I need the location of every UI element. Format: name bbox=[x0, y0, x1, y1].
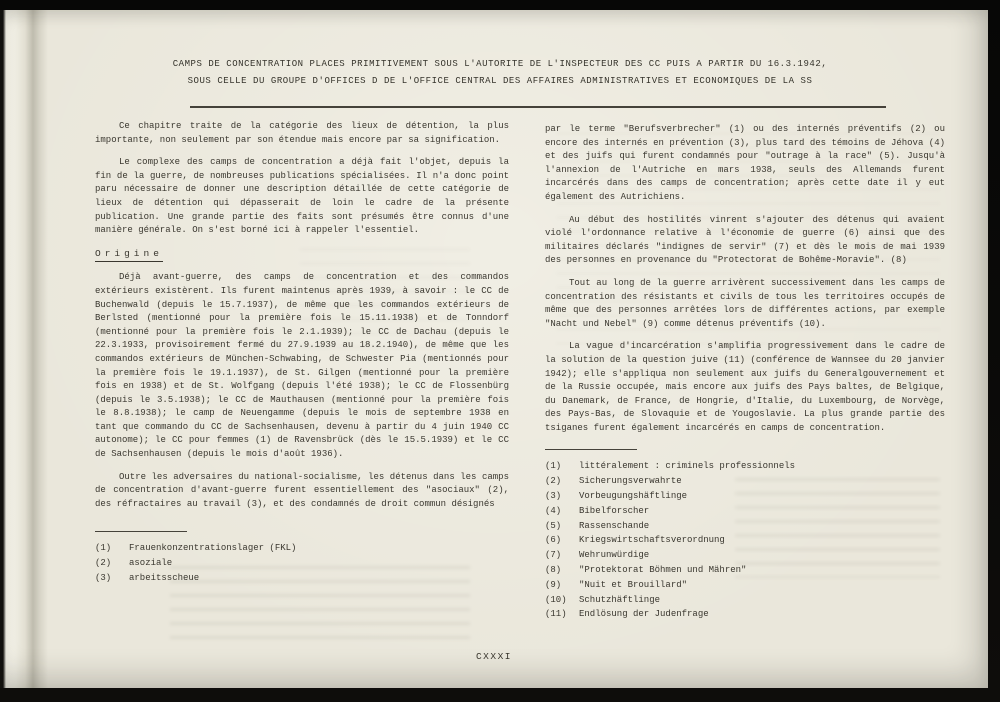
footnote-item: (1)littéralement : criminels professionn… bbox=[545, 460, 945, 473]
page-number: CXXXI bbox=[0, 651, 988, 662]
footnote-number: (4) bbox=[545, 505, 579, 518]
footnote-item: (11)Endlösung der Judenfrage bbox=[545, 608, 945, 621]
left-footnotes: (1)Frauenkonzentrationslager (FKL) (2)as… bbox=[95, 531, 509, 585]
footnote-item: (2)asoziale bbox=[95, 557, 509, 570]
footnote-number: (10) bbox=[545, 594, 579, 607]
footnote-text: "Protektorat Böhmen und Mähren" bbox=[579, 564, 945, 577]
paragraph: par le terme "Berufsverbrecher" (1) ou d… bbox=[545, 123, 945, 205]
footnote-number: (1) bbox=[545, 460, 579, 473]
footnote-text: Sicherungsverwahrte bbox=[579, 475, 945, 488]
footnote-number: (1) bbox=[95, 542, 129, 555]
footnote-number: (9) bbox=[545, 579, 579, 592]
footnote-item: (3)arbeitsscheue bbox=[95, 572, 509, 585]
footnote-text: arbeitsscheue bbox=[129, 572, 509, 585]
footnote-text: Vorbeugungshäftlinge bbox=[579, 490, 945, 503]
left-column: Ce chapitre traite de la catégorie des l… bbox=[95, 120, 509, 587]
section-heading-origine: Origine bbox=[95, 247, 509, 261]
footnote-text: littéralement : criminels professionnels bbox=[579, 460, 945, 473]
footnote-number: (7) bbox=[545, 549, 579, 562]
footnote-text: Wehrunwürdige bbox=[579, 549, 945, 562]
footnote-number: (6) bbox=[545, 534, 579, 547]
footnote-item: (8)"Protektorat Böhmen und Mähren" bbox=[545, 564, 945, 577]
footnote-item: (4)Bibelforscher bbox=[545, 505, 945, 518]
footnote-text: Frauenkonzentrationslager (FKL) bbox=[129, 542, 509, 555]
footnote-number: (2) bbox=[545, 475, 579, 488]
paragraph: Déjà avant-guerre, des camps de concentr… bbox=[95, 271, 509, 461]
document-title-line-2: SOUS CELLE DU GROUPE D'OFFICES D DE L'OF… bbox=[60, 73, 940, 90]
paragraph: Au début des hostilités vinrent s'ajoute… bbox=[545, 214, 945, 268]
title-rule bbox=[190, 106, 886, 108]
footnote-separator bbox=[95, 531, 187, 532]
document-header: CAMPS DE CONCENTRATION PLACES PRIMITIVEM… bbox=[60, 56, 940, 90]
paragraph: Le complexe des camps de concentration a… bbox=[95, 156, 509, 238]
paragraph: Outre les adversaires du national-social… bbox=[95, 471, 509, 512]
right-column: par le terme "Berufsverbrecher" (1) ou d… bbox=[545, 123, 945, 623]
footnote-number: (2) bbox=[95, 557, 129, 570]
scanned-photo-background: CAMPS DE CONCENTRATION PLACES PRIMITIVEM… bbox=[0, 0, 1000, 702]
footnote-item: (10)Schutzhäftlinge bbox=[545, 594, 945, 607]
footnote-item: (7)Wehrunwürdige bbox=[545, 549, 945, 562]
footnote-text: Bibelforscher bbox=[579, 505, 945, 518]
footnote-item: (6)Kriegswirtschaftsverordnung bbox=[545, 534, 945, 547]
footnote-item: (2)Sicherungsverwahrte bbox=[545, 475, 945, 488]
footnote-item: (5)Rassenschande bbox=[545, 520, 945, 533]
footnote-item: (1)Frauenkonzentrationslager (FKL) bbox=[95, 542, 509, 555]
document-page: CAMPS DE CONCENTRATION PLACES PRIMITIVEM… bbox=[0, 10, 988, 688]
footnote-number: (5) bbox=[545, 520, 579, 533]
footnote-separator bbox=[545, 449, 637, 450]
footnote-number: (3) bbox=[95, 572, 129, 585]
footnote-text: "Nuit et Brouillard" bbox=[579, 579, 945, 592]
footnote-text: asoziale bbox=[129, 557, 509, 570]
footnote-text: Rassenschande bbox=[579, 520, 945, 533]
paragraph: Ce chapitre traite de la catégorie des l… bbox=[95, 120, 509, 147]
paragraph: La vague d'incarcération s'amplifia prog… bbox=[545, 340, 945, 435]
footnote-text: Kriegswirtschaftsverordnung bbox=[579, 534, 945, 547]
footnote-item: (3)Vorbeugungshäftlinge bbox=[545, 490, 945, 503]
footnote-text: Endlösung der Judenfrage bbox=[579, 608, 945, 621]
document-title-line-1: CAMPS DE CONCENTRATION PLACES PRIMITIVEM… bbox=[60, 56, 940, 73]
footnote-text: Schutzhäftlinge bbox=[579, 594, 945, 607]
right-footnotes: (1)littéralement : criminels professionn… bbox=[545, 449, 945, 621]
footnote-item: (9)"Nuit et Brouillard" bbox=[545, 579, 945, 592]
footnote-number: (3) bbox=[545, 490, 579, 503]
paragraph: Tout au long de la guerre arrivèrent suc… bbox=[545, 277, 945, 331]
footnote-number: (11) bbox=[545, 608, 579, 621]
footnote-number: (8) bbox=[545, 564, 579, 577]
section-heading-label: Origine bbox=[95, 248, 163, 262]
